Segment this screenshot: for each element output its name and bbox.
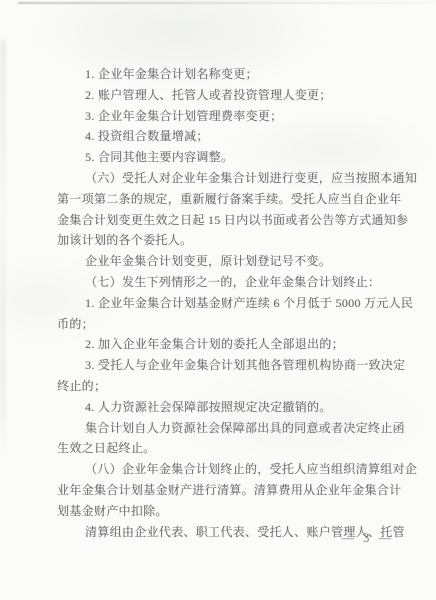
text-line: 币的； xyxy=(57,314,391,335)
text-line: 5. 合同其他主要内容调整。 xyxy=(57,147,391,168)
scan-smudge xyxy=(0,40,6,460)
text-line: 金集合计划变更生效之日起 15 日内以书面或者公告等方式通知参 xyxy=(57,210,391,231)
text-line: 3. 受托人与企业年金集合计划其他各管理机构协商一致决定 xyxy=(57,355,391,376)
text-line: 业年金集合计划基金财产进行清算。清算费用从企业年金集合计 xyxy=(57,480,391,501)
document-text: 1. 企业年金集合计划名称变更； 2. 账户管理人、托管人或者投资管理人变更； … xyxy=(57,64,391,542)
text-line: 集合计划自人力资源社会保障部出具的同意或者决定终止函 xyxy=(57,418,391,439)
text-line: 4. 投资组合数量增减； xyxy=(57,126,391,147)
text-line: 加该计划的各个委托人。 xyxy=(57,230,391,251)
page-number: — 3 — xyxy=(342,531,395,546)
scan-edge-artifact xyxy=(18,2,436,4)
text-line: 划基金财产中扣除。 xyxy=(57,501,391,522)
text-line: 1. 企业年金集合计划名称变更； xyxy=(57,64,391,85)
text-line: 生效之日起终止。 xyxy=(57,438,391,459)
text-line: 终止的； xyxy=(57,376,391,397)
text-line: 4. 人力资源社会保障部按照规定决定撤销的。 xyxy=(57,397,391,418)
text-line: 2. 加入企业年金集合计划的委托人全部退出的； xyxy=(57,334,391,355)
text-line: （七）发生下列情形之一的，企业年金集合计划终止： xyxy=(57,272,391,293)
text-line: 第一项第二条的规定，重新履行备案手续。受托人应当自企业年 xyxy=(57,189,391,210)
text-line: （六）受托人对企业年金集合计划进行变更，应当按照本通知 xyxy=(57,168,391,189)
text-line: 3. 企业年金集合计划管理费率变更； xyxy=(57,106,391,127)
text-line: （八）企业年金集合计划终止的，受托人应当组织清算组对企 xyxy=(57,459,391,480)
text-line: 2. 账户管理人、托管人或者投资管理人变更； xyxy=(57,85,391,106)
text-line: 1. 企业年金集合计划基金财产连续 6 个月低于 5000 万元人民 xyxy=(57,293,391,314)
document-page: 1. 企业年金集合计划名称变更； 2. 账户管理人、托管人或者投资管理人变更； … xyxy=(0,0,436,600)
text-line: 企业年金集合计划变更，原计划登记号不变。 xyxy=(57,251,391,272)
